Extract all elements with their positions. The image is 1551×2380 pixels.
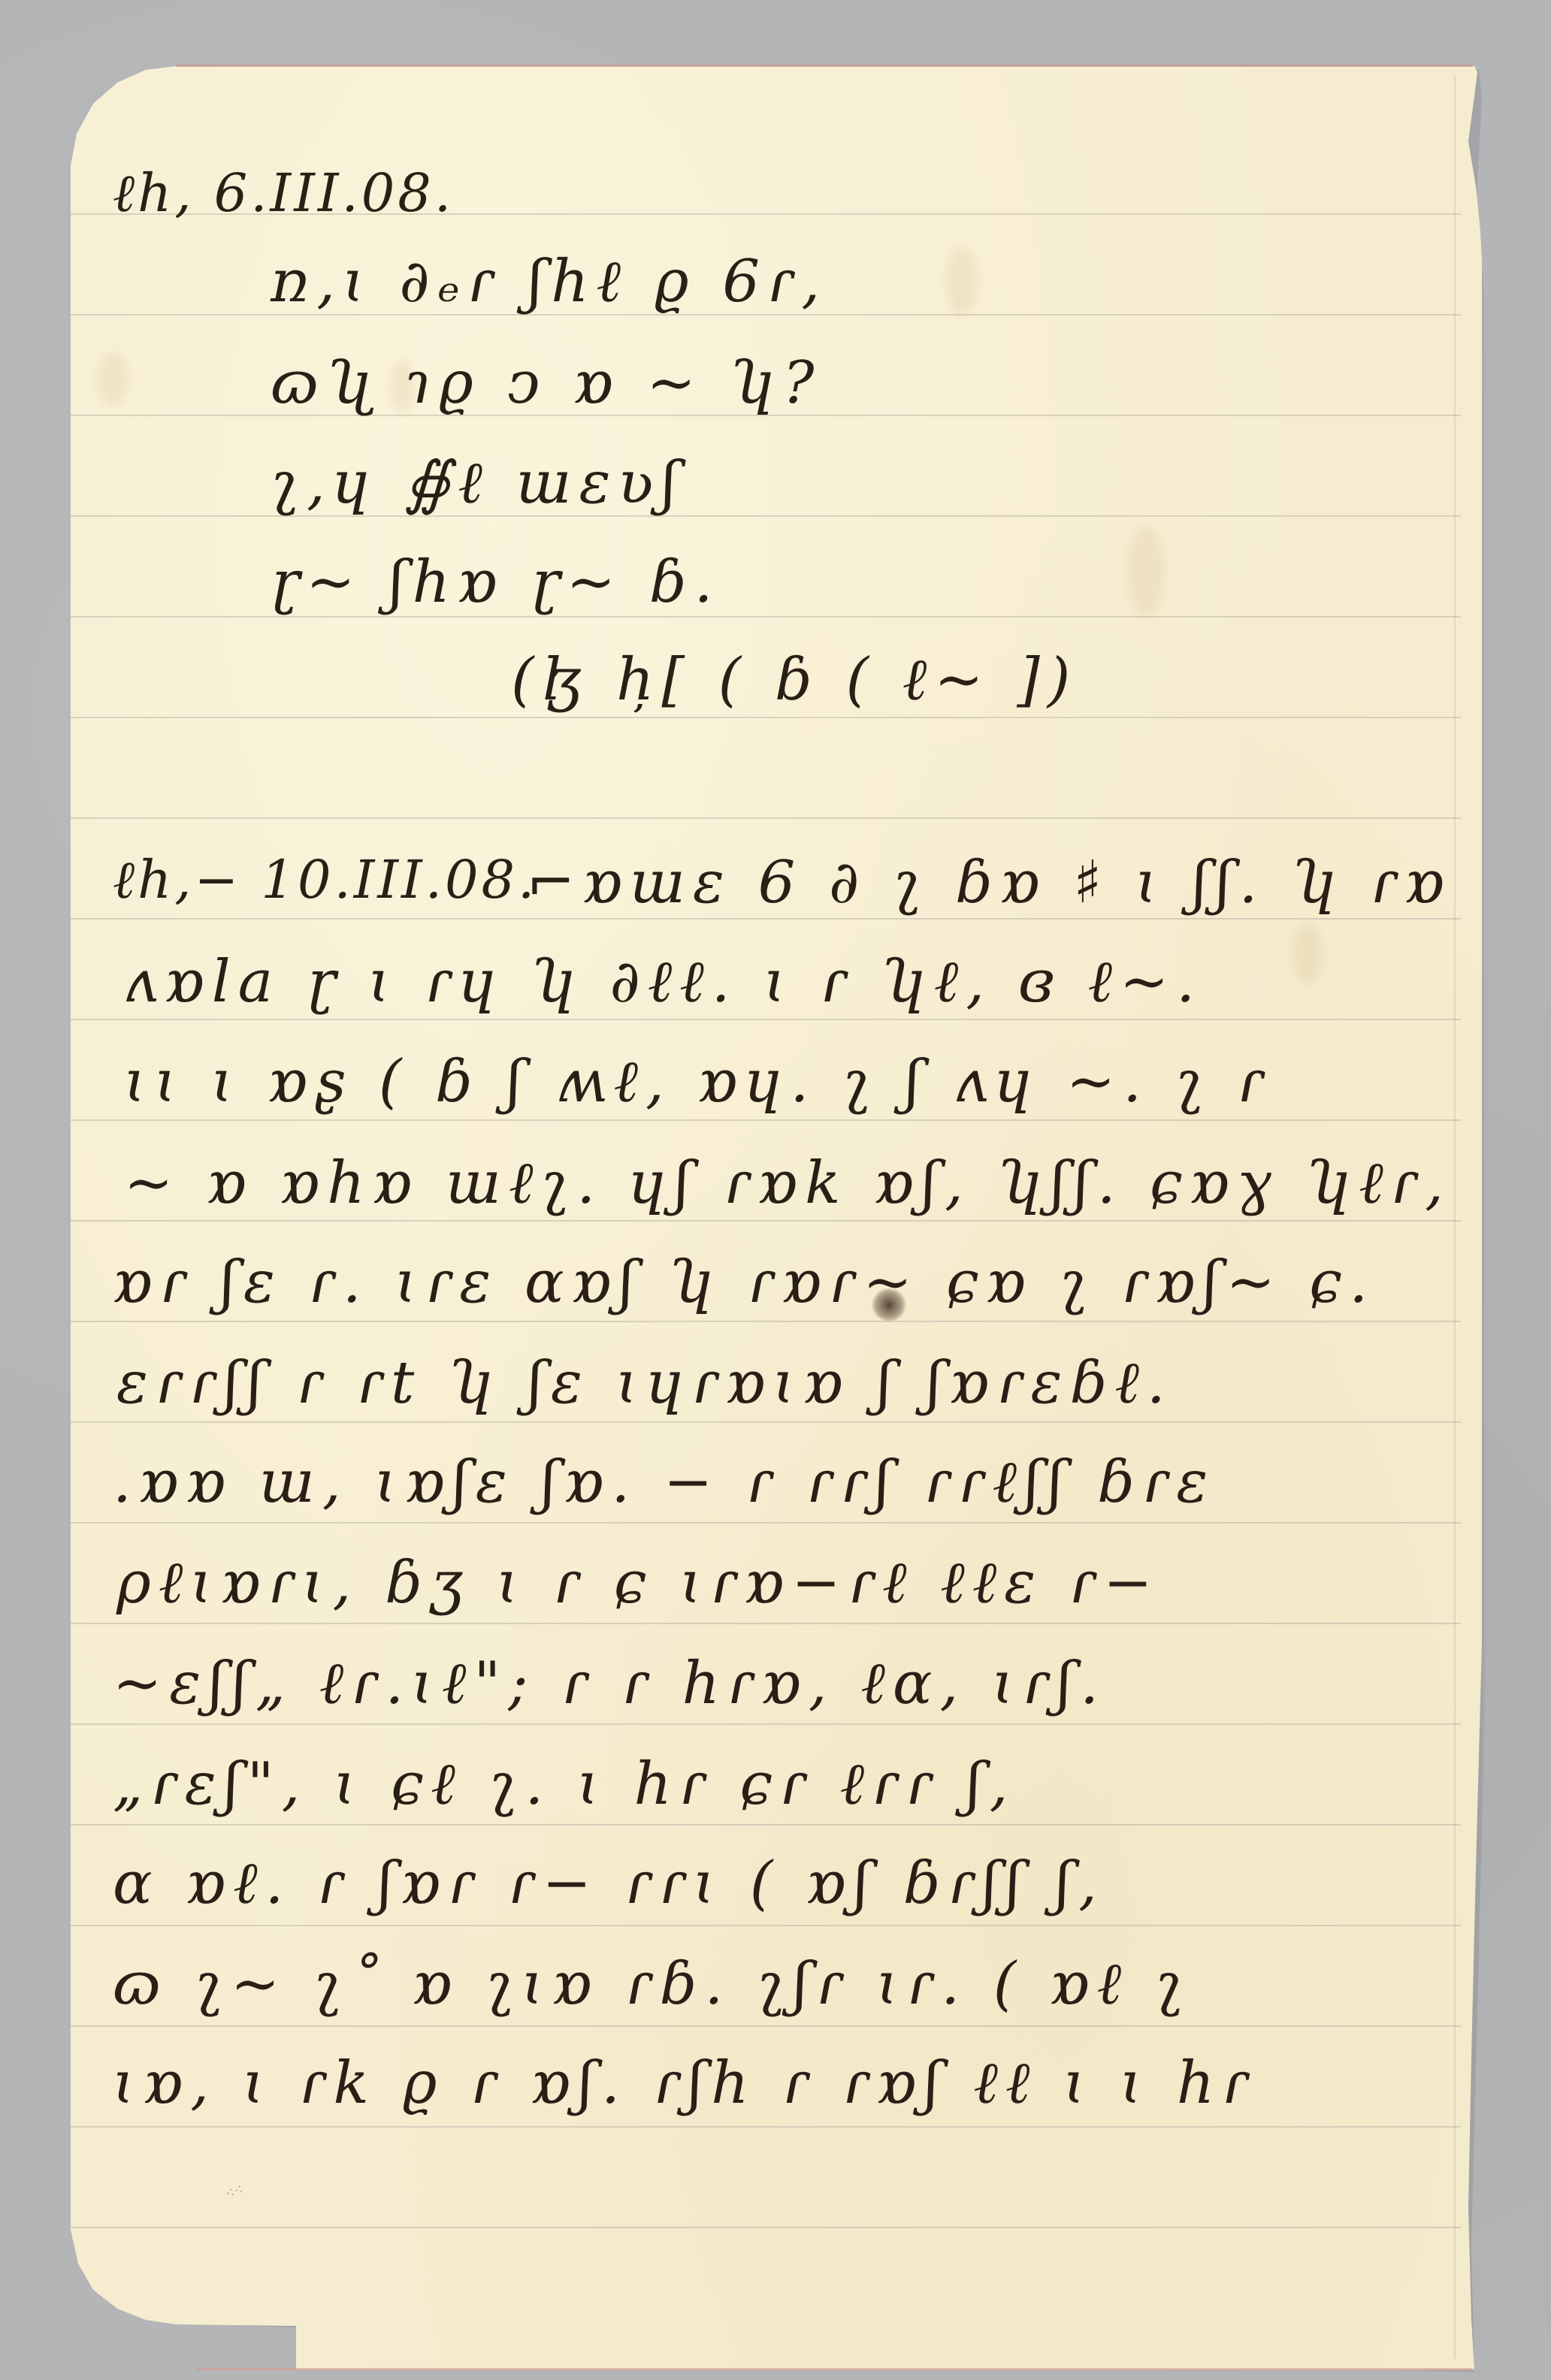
ruled-line [71, 817, 1461, 819]
entry-1-date-heading: ℓℎ, 6.III.08. [113, 162, 454, 225]
ruled-line [71, 918, 1461, 920]
entry-2-date-heading: ℓℎ,− 10.III.08. [113, 849, 537, 911]
ruled-line [71, 616, 1461, 618]
entry-2-line-11: ɑ ɒℓ. ɾ ʃɒɾ ɾ− ɾɾɩ ( ɒʃ ɓɾʃʃ ʃ, [113, 1850, 1105, 1917]
ruled-line [71, 1925, 1461, 1926]
entry-1-line-2: ɷʯ ɿϱ ↄ ɒ ~ ʮ? [271, 349, 821, 417]
ruled-line [71, 717, 1461, 718]
ruled-line [71, 1220, 1461, 1222]
margin-line [1454, 75, 1456, 2359]
ruled-line [71, 1019, 1461, 1020]
entry-2-line-12: ɷ ʅ~ ʅ˚ ɒ ʅɩɒ ɾɓ. ʅʃɾ ɩɾ. ( ɒℓ ʅ [113, 1950, 1191, 2018]
ruled-line [71, 1522, 1461, 1524]
entry-2-line-2: ʌɒla ɽ ɩ ɾɥ ʮ ∂ℓℓ. ɩ ɾ ʮℓ, ɞ ℓ~. [124, 948, 1202, 1016]
entry-2-line-4: ~ ɒ ɒℎɒ ɯℓʅ. ɥʃ ɾɒk ɒʃ, ʮʃʃ. ɕɒɣ ʮℓɾ, [124, 1149, 1451, 1217]
entry-2-line-10: „ɾɛʃ", ɩ ɕℓ ʅ. ɩ ℎɾ ɕɾ ℓɾɾ ʃ, [113, 1750, 1015, 1818]
ruled-line [71, 1321, 1461, 1322]
paper-stain [98, 353, 128, 406]
entry-2-line-9: ~ɛʃʃ„ ℓɾ.ɩℓ"; ɾ ɾ ℎɾɒ, ℓɑ, ɩɾʃ. [113, 1650, 1106, 1717]
entry-2-line-3: ɩɩ ɩ ɒʂ ( ɓ ʃ ʍℓ, ɒɥ. ʅ ʃ ʌɥ ~. ʅ ɾ [124, 1048, 1271, 1116]
entry-1-line-4: ɽ~ ʃℎɒ ɽ~ ɓ. [271, 548, 720, 616]
ruled-line [71, 1421, 1461, 1423]
ruled-line [71, 1824, 1461, 1826]
entry-1-date-prefix: ℓℎ, [113, 162, 195, 224]
entry-1-line-1: ռ,ɩ ∂ₑɾ ʃℎℓ ϱ 6ɾ, [271, 248, 827, 316]
entry-2-line-7: .ɒɒ ɯ, ɩɒʃɛ ʃɒ. − ɾ ɾɾʃ ɾɾℓʃʃ ɓɾɛ [113, 1448, 1215, 1516]
ruled-line [71, 2227, 1461, 2228]
paper-top-edge [176, 65, 1473, 67]
entry-2-line-1: ⌐ɒɯɛ 6 ∂ ʅ ɓɒ ♯ ɩ ʃʃ. ʮ ɾɒ [526, 849, 1452, 917]
entry-2-line-8: ρℓɩɒɾɩ, ɓʒ ɩ ɾ ɕ ɩɾɒ−ɾℓ ℓℓɛ ɾ− [116, 1549, 1160, 1617]
ruled-line [71, 2025, 1461, 2027]
entry-2-date: 10.III.08. [261, 849, 537, 911]
ruled-line [71, 1723, 1461, 1725]
entry-1-bracket-line: (ɮ ℎ̦[ ( ɓ ( ℓ~ ]) [511, 646, 1078, 714]
paper-bottom-edge [195, 2368, 1473, 2370]
entry-2-line-13: ɩɒ, ɩ ɾk ϱ ɾ ɒʃ. ɾʃℎ ɾ ɾɒʃ ℓℓ ɩ ɩ ℎɾ [113, 2049, 1256, 2117]
entry-2-date-prefix: ℓℎ,− [113, 849, 241, 911]
entry-2-line-5: ɒɾ ʃɛ ɾ. ɩɾɛ ɑɒʃ ʮ ɾɒɾ~ ɕɒ ʅ ɾɒʃ~ ɕ. [113, 1249, 1375, 1316]
paper-stain [1127, 526, 1165, 616]
ruled-line [71, 1623, 1461, 1624]
entry-1-date: 6.III.08. [214, 162, 454, 224]
ruled-line [71, 1119, 1461, 1121]
paper-stain [947, 248, 977, 316]
paper-stain [1292, 924, 1323, 984]
entry-1-line-3: ʅ,ɥ ∯ℓ ɯɛʋʃ [271, 449, 685, 517]
ruled-line [71, 2126, 1461, 2128]
entry-2-line-6: ɛɾɾʃʃ ɾ ɾt ʮ ʃɛ ɩɥɾɒɩɒ ʃ ʃɒɾɛɓℓ. [116, 1349, 1173, 1417]
